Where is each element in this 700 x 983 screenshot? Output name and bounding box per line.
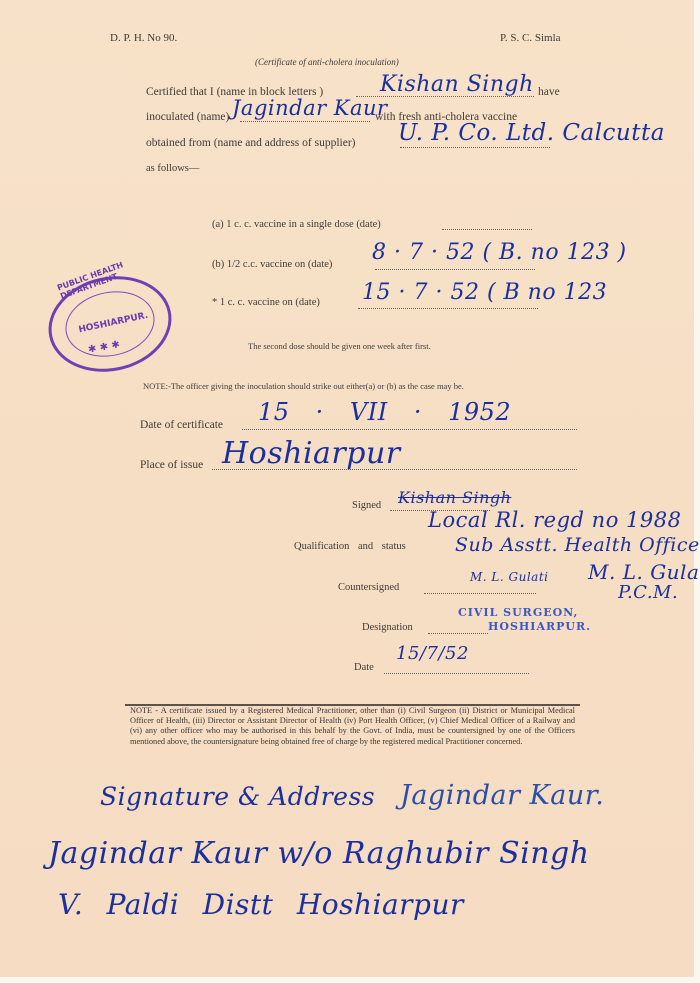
date-value: 15/7/52	[396, 643, 469, 664]
press-mark: P. S. C. Simla	[500, 32, 561, 44]
qualification-value-line2: Sub Asstt. Health Officer	[455, 534, 700, 556]
as-follows-label: as follows—	[146, 163, 199, 174]
countersigned-signature: M. L. Gulati	[470, 570, 548, 584]
form-number: D. P. H. No 90.	[110, 32, 177, 44]
handwritten-signature-label: Signature & Address	[100, 782, 375, 811]
supplier-label: obtained from (name and address of suppl…	[146, 137, 356, 149]
date-line	[384, 663, 529, 674]
inoculated-label: inoculated (name)	[146, 111, 229, 123]
handwritten-signature-name: Jagindar Kaur.	[400, 780, 604, 811]
countersign-note-line2: P.C.M.	[618, 582, 678, 603]
dose-a-label: (a) 1 c. c. vaccine in a single dose (da…	[212, 219, 381, 230]
date-label: Date	[354, 662, 374, 673]
handwritten-address-line: V. Paldi Distt Hoshiarpur	[58, 888, 464, 921]
designation-label: Designation	[362, 622, 413, 633]
civil-surgeon-stamp-line1: CIVIL SURGEON,	[458, 606, 578, 619]
footer-note: NOTE - A certificate issued by a Registe…	[130, 706, 575, 747]
handwritten-name-line: Jagindar Kaur w/o Raghubir Singh	[48, 836, 590, 871]
supplier-value: U. P. Co. Ltd. Calcutta	[398, 120, 665, 146]
designation-line	[428, 623, 488, 634]
strike-out-note: NOTE:-The officer giving the inoculation…	[143, 381, 464, 391]
certifier-suffix: have	[538, 86, 560, 98]
qualification-label: Qualification and status	[294, 541, 406, 552]
inoculated-name: Jagindar Kaur	[232, 96, 388, 120]
paper-bottom-edge	[0, 977, 700, 983]
place-of-issue-label: Place of issue	[140, 459, 203, 471]
qualification-value-line1: Local Rl. regd no 1988	[428, 508, 681, 532]
dose-b-label: (b) 1/2 c.c. vaccine on (date)	[212, 259, 332, 270]
civil-surgeon-stamp-line2: HOSHIARPUR.	[488, 620, 591, 633]
form-subtitle: (Certificate of anti-cholera inoculation…	[255, 57, 399, 67]
countersign-note-line1: M. L. Gulati	[588, 560, 700, 584]
certificate-date-value: 15 · VII · 1952	[258, 398, 511, 426]
countersigned-label: Countersigned	[338, 582, 399, 593]
dose-a-field-line	[442, 219, 532, 230]
place-of-issue-value: Hoshiarpur	[222, 436, 401, 471]
dose-b-value: 8 · 7 · 52 ( B. no 123 )	[372, 240, 627, 265]
dose-c-value: 15 · 7 · 52 ( B no 123	[362, 280, 607, 305]
countersigned-line	[424, 583, 536, 594]
signed-label: Signed	[352, 500, 381, 511]
signed-signature: Kishan Singh	[398, 488, 511, 507]
certifier-name: Kishan Singh	[380, 72, 534, 97]
second-dose-note: The second dose should be given one week…	[248, 341, 431, 351]
dose-c-label: * 1 c. c. vaccine on (date)	[212, 297, 320, 308]
paper-edge	[694, 0, 700, 983]
certificate-date-label: Date of certificate	[140, 419, 223, 431]
